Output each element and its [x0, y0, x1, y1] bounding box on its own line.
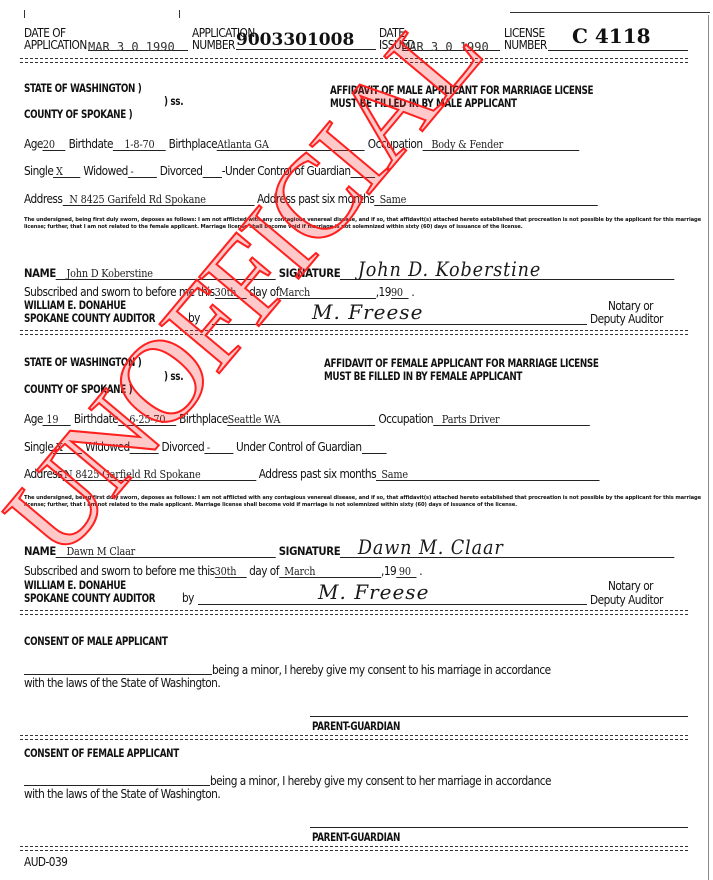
auditor-title: SPOKANE COUNTY AUDITOR: [24, 591, 155, 605]
guardian-label: -Under Control of Guardian: [222, 164, 351, 178]
single-field[interactable]: X: [53, 165, 80, 178]
form-number: AUD-039: [24, 855, 67, 869]
auditor-signature-field[interactable]: M. Freese: [212, 300, 587, 325]
date-of-application-value: MAR 3 0 1990: [88, 40, 175, 54]
year-prefix: ,19: [376, 285, 391, 299]
signature-field[interactable]: John D. Koberstine: [340, 257, 674, 280]
occupation-label: Occupation: [378, 412, 433, 426]
age-label: Age: [24, 137, 43, 151]
parent-guardian-label: PARENT-GUARDIAN: [312, 719, 400, 733]
state-label: STATE OF WASHINGTON ): [24, 355, 141, 369]
license-number-value: C 4118: [572, 24, 651, 48]
county-label: COUNTY OF SPOKANE ): [24, 107, 132, 121]
birthplace-field[interactable]: Seattle WA: [228, 413, 376, 426]
application-number-field[interactable]: 9003301008: [236, 30, 376, 50]
day-of-label: day of: [249, 285, 279, 299]
section-divider: [20, 735, 688, 740]
oath-text: The undersigned, being first duly sworn,…: [24, 495, 713, 509]
parent-guardian-label: PARENT-GUARDIAN: [312, 830, 400, 844]
divorced-label: Divorced: [162, 440, 205, 454]
date-of-application-label: APPLICATION: [24, 38, 87, 52]
affidavit-title: AFFIDAVIT OF FEMALE APPLICANT FOR MARRIA…: [324, 356, 599, 370]
by-label: by: [182, 591, 194, 605]
sworn-label: Subscribed and sworn to before me this: [24, 285, 215, 299]
occupation-field[interactable]: Parts Driver: [433, 413, 590, 426]
affidavit-subtitle: MUST BE FILLED IN BY FEMALE APPLICANT: [324, 369, 522, 383]
state-label: STATE OF WASHINGTON ): [24, 81, 141, 95]
birthdate-label: Birthdate: [74, 412, 118, 426]
widowed-label: Widowed: [85, 440, 129, 454]
affidavit-subtitle: MUST BE FILLED IN BY MALE APPLICANT: [330, 96, 517, 110]
scan-edge: [708, 15, 709, 880]
minor-name-field[interactable]: [24, 664, 212, 675]
address-field[interactable]: N 8425 Garifeld Rd Spokane: [62, 193, 254, 206]
sworn-month-field[interactable]: March: [279, 565, 381, 578]
day-of-label: day of: [249, 564, 279, 578]
single-field[interactable]: X: [53, 441, 82, 454]
county-label: COUNTY OF SPOKANE ): [24, 382, 132, 396]
top-rule: [510, 12, 710, 13]
ss-label: ) ss.: [164, 94, 183, 108]
age-field[interactable]: 20: [43, 138, 66, 151]
tick-mark: [24, 10, 25, 18]
age-field[interactable]: 19: [43, 413, 71, 426]
divorced-field[interactable]: [202, 165, 221, 178]
notary-label: Notary or: [608, 579, 653, 593]
section-divider: [20, 610, 688, 615]
birthdate-label: Birthdate: [69, 137, 113, 151]
consent-title: CONSENT OF MALE APPLICANT: [24, 634, 168, 648]
divorced-field[interactable]: -: [204, 441, 233, 454]
tick-mark: [179, 10, 180, 18]
birthplace-label: Birthplace: [179, 412, 227, 426]
ss-label: ) ss.: [164, 369, 183, 383]
deputy-auditor-label: Deputy Auditor: [590, 593, 663, 607]
widowed-field[interactable]: -: [128, 165, 157, 178]
auditor-signature: M. Freese: [312, 300, 423, 324]
address-label: Address: [24, 467, 62, 481]
sworn-day-field[interactable]: 30th: [215, 286, 247, 299]
divorced-label: Divorced: [160, 164, 203, 178]
application-number-label: NUMBER: [192, 38, 235, 52]
date-issued-value: MAR 3 0 1990: [402, 40, 489, 54]
birthdate-field[interactable]: 1-8-70: [113, 138, 166, 151]
affidavit-title: AFFIDAVIT OF MALE APPLICANT FOR MARRIAGE…: [330, 83, 593, 97]
consent-title: CONSENT OF FEMALE APPLICANT: [24, 746, 179, 760]
occupation-field[interactable]: Body & Fender: [423, 138, 580, 151]
guardian-field[interactable]: [351, 165, 376, 178]
application-number-value: 9003301008: [236, 30, 354, 50]
name-label: NAME: [24, 266, 56, 280]
sworn-label: Subscribed and sworn to before me this: [24, 564, 215, 578]
year-prefix: ,19: [381, 564, 396, 578]
license-number-label: NUMBER: [504, 38, 547, 52]
auditor-name: WILLIAM E. DONAHUE: [24, 298, 126, 312]
name-label: NAME: [24, 544, 56, 558]
name-field[interactable]: John D Koberstine: [56, 267, 276, 280]
past-address-field[interactable]: Same: [374, 193, 598, 206]
auditor-signature: M. Freese: [318, 580, 429, 604]
license-number-field[interactable]: C 4118: [548, 24, 688, 51]
age-label: Age: [24, 412, 43, 426]
single-label: Single: [24, 164, 53, 178]
parent-guardian-signature-field[interactable]: [310, 702, 688, 717]
birthplace-label: Birthplace: [169, 137, 217, 151]
section-divider: [20, 846, 688, 851]
single-label: Single: [24, 440, 53, 454]
minor-name-field[interactable]: [24, 775, 210, 786]
birthdate-field[interactable]: 6-25-70: [118, 413, 176, 426]
section-divider: [20, 58, 688, 63]
date-of-application-field[interactable]: MAR 3 0 1990: [88, 36, 188, 51]
birthplace-field[interactable]: Atlanta GA: [217, 138, 365, 151]
past-address-label: Address past six months: [257, 192, 374, 206]
guardian-field[interactable]: [362, 441, 387, 454]
parent-guardian-signature-field[interactable]: [310, 813, 688, 828]
consent-text: with the laws of the State of Washington…: [24, 676, 220, 690]
signature-label: SIGNATURE: [279, 266, 341, 280]
auditor-signature-field[interactable]: M. Freese: [198, 580, 587, 605]
widowed-label: Widowed: [83, 164, 127, 178]
section-divider: [20, 330, 688, 335]
occupation-label: Occupation: [368, 137, 423, 151]
notary-label: Notary or: [608, 299, 653, 313]
year-field[interactable]: 90: [391, 286, 409, 299]
auditor-name: WILLIAM E. DONAHUE: [24, 578, 126, 592]
date-issued-field[interactable]: MAR 3 0 1990: [402, 36, 500, 51]
past-address-label: Address past six months: [259, 467, 376, 481]
consent-text: being a minor, I hereby give my consent …: [210, 774, 551, 788]
past-address-field[interactable]: Same: [376, 468, 600, 481]
oath-text: The undersigned, being first duly sworn,…: [24, 217, 713, 231]
address-label: Address: [24, 192, 62, 206]
signature-label: SIGNATURE: [279, 544, 341, 558]
address-field[interactable]: N 8425 Garfield Rd Spokane: [62, 468, 256, 481]
deputy-auditor-label: Deputy Auditor: [590, 312, 663, 326]
by-label: by: [188, 311, 200, 325]
sworn-month-field[interactable]: March: [279, 286, 376, 299]
auditor-title: SPOKANE COUNTY AUDITOR: [24, 311, 155, 325]
name-field[interactable]: Dawn M Claar: [56, 545, 276, 558]
consent-text: being a minor, I hereby give my consent …: [212, 663, 551, 677]
guardian-label: Under Control of Guardian: [236, 440, 361, 454]
consent-text: with the laws of the State of Washington…: [24, 787, 220, 801]
year-field[interactable]: 90: [396, 565, 416, 578]
signature-field[interactable]: Dawn M. Claar: [340, 535, 674, 558]
widowed-field[interactable]: -: [130, 441, 159, 454]
sworn-day-field[interactable]: 30th: [215, 565, 247, 578]
